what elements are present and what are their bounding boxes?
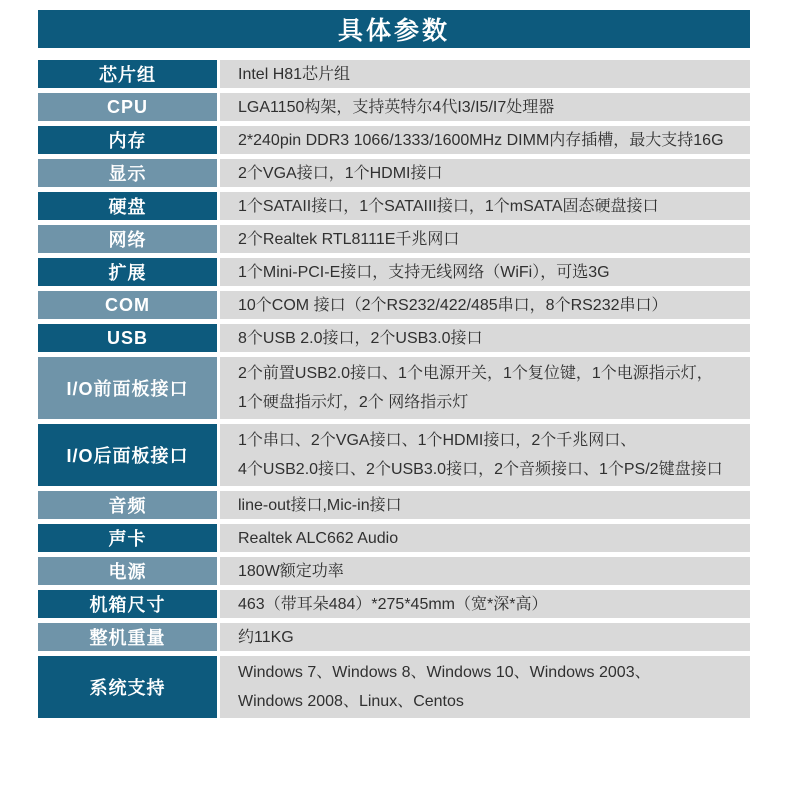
spec-row-label: 网络 (38, 225, 217, 253)
spec-value-line: 1个硬盘指示灯，2个 网络指示灯 (238, 388, 732, 417)
spec-row: 硬盘 1个SATAII接口，1个SATAIII接口，1个mSATA固态硬盘接口 (38, 192, 750, 220)
spec-row: 机箱尺寸 463（带耳朵484）*275*45mm（宽*深*高） (38, 590, 750, 618)
spec-table: 芯片组 Intel H81芯片组 CPU LGA1150构架，支持英特尔4代I3… (38, 60, 750, 723)
spec-value-line: Windows 2008、Linux、Centos (238, 687, 732, 716)
spec-row-label: 电源 (38, 557, 217, 585)
spec-row-value: 2个VGA接口，1个HDMI接口 (220, 159, 750, 187)
spec-row-value: 8个USB 2.0接口，2个USB3.0接口 (220, 324, 750, 352)
spec-row-label: 显示 (38, 159, 217, 187)
spec-value-line: Realtek ALC662 Audio (238, 524, 732, 552)
spec-row-value: 463（带耳朵484）*275*45mm（宽*深*高） (220, 590, 750, 618)
spec-value-line: 约11KG (238, 623, 732, 651)
spec-row: 音频 line-out接口,Mic-in接口 (38, 491, 750, 519)
spec-row-label: 整机重量 (38, 623, 217, 651)
spec-row-label: 内存 (38, 126, 217, 154)
spec-row-label: 硬盘 (38, 192, 217, 220)
spec-row-value: 2个Realtek RTL8111E千兆网口 (220, 225, 750, 253)
spec-row-value: 1个Mini-PCI-E接口，支持无线网络（WiFi），可选3G (220, 258, 750, 286)
spec-value-line: 463（带耳朵484）*275*45mm（宽*深*高） (238, 590, 732, 618)
spec-row-value: 2*240pin DDR3 1066/1333/1600MHz DIMM内存插槽… (220, 126, 750, 154)
spec-value-line: 2个Realtek RTL8111E千兆网口 (238, 225, 732, 253)
spec-row: I/O前面板接口 2个前置USB2.0接口、1个电源开关，1个复位键，1个电源指… (38, 357, 750, 419)
spec-value-line: 8个USB 2.0接口，2个USB3.0接口 (238, 324, 732, 352)
spec-value-line: 2个前置USB2.0接口、1个电源开关，1个复位键，1个电源指示灯， (238, 359, 732, 388)
spec-row: 芯片组 Intel H81芯片组 (38, 60, 750, 88)
spec-value-line: 10个COM 接口（2个RS232/422/485串口，8个RS232串口） (238, 291, 732, 319)
spec-row: 内存 2*240pin DDR3 1066/1333/1600MHz DIMM内… (38, 126, 750, 154)
spec-sheet-page: 具体参数 芯片组 Intel H81芯片组 CPU LGA1150构架，支持英特… (0, 0, 790, 789)
spec-row: 系统支持 Windows 7、Windows 8、Windows 10、Wind… (38, 656, 750, 718)
spec-row: 电源 180W额定功率 (38, 557, 750, 585)
spec-row-value: Realtek ALC662 Audio (220, 524, 750, 552)
spec-row: 网络 2个Realtek RTL8111E千兆网口 (38, 225, 750, 253)
spec-row-value: 10个COM 接口（2个RS232/422/485串口，8个RS232串口） (220, 291, 750, 319)
spec-value-line: 1个SATAII接口，1个SATAIII接口，1个mSATA固态硬盘接口 (238, 192, 732, 220)
spec-value-line: Intel H81芯片组 (238, 60, 732, 88)
spec-row-value: 180W额定功率 (220, 557, 750, 585)
spec-value-line: line-out接口,Mic-in接口 (238, 491, 732, 519)
spec-row-label: I/O前面板接口 (38, 357, 217, 419)
spec-row-value: Windows 7、Windows 8、Windows 10、Windows 2… (220, 656, 750, 718)
spec-row-value: Intel H81芯片组 (220, 60, 750, 88)
spec-row-label: 机箱尺寸 (38, 590, 217, 618)
spec-row-value: LGA1150构架，支持英特尔4代I3/I5/I7处理器 (220, 93, 750, 121)
spec-value-line: 4个USB2.0接口、2个USB3.0接口，2个音频接口、1个PS/2键盘接口 (238, 455, 732, 484)
spec-row-value: 约11KG (220, 623, 750, 651)
spec-value-line: 2个VGA接口，1个HDMI接口 (238, 159, 732, 187)
spec-row: 扩展 1个Mini-PCI-E接口，支持无线网络（WiFi），可选3G (38, 258, 750, 286)
spec-row: CPU LGA1150构架，支持英特尔4代I3/I5/I7处理器 (38, 93, 750, 121)
spec-value-line: 1个串口、2个VGA接口、1个HDMI接口，2个千兆网口、 (238, 426, 732, 455)
spec-row-label: 声卡 (38, 524, 217, 552)
spec-row-label: USB (38, 324, 217, 352)
spec-row-label: COM (38, 291, 217, 319)
spec-value-line: LGA1150构架，支持英特尔4代I3/I5/I7处理器 (238, 93, 732, 121)
page-title: 具体参数 (38, 10, 750, 48)
spec-value-line: Windows 7、Windows 8、Windows 10、Windows 2… (238, 658, 732, 687)
spec-row-label: 系统支持 (38, 656, 217, 718)
spec-row: USB 8个USB 2.0接口，2个USB3.0接口 (38, 324, 750, 352)
spec-row: 声卡 Realtek ALC662 Audio (38, 524, 750, 552)
spec-row: COM 10个COM 接口（2个RS232/422/485串口，8个RS232串… (38, 291, 750, 319)
spec-value-line: 2*240pin DDR3 1066/1333/1600MHz DIMM内存插槽… (238, 126, 732, 154)
spec-row: 整机重量 约11KG (38, 623, 750, 651)
spec-row-label: 扩展 (38, 258, 217, 286)
spec-row: 显示 2个VGA接口，1个HDMI接口 (38, 159, 750, 187)
spec-row: I/O后面板接口 1个串口、2个VGA接口、1个HDMI接口，2个千兆网口、4个… (38, 424, 750, 486)
spec-value-line: 180W额定功率 (238, 557, 732, 585)
spec-row-label: I/O后面板接口 (38, 424, 217, 486)
spec-row-value: line-out接口,Mic-in接口 (220, 491, 750, 519)
spec-value-line: 1个Mini-PCI-E接口，支持无线网络（WiFi），可选3G (238, 258, 732, 286)
spec-row-label: 芯片组 (38, 60, 217, 88)
spec-row-label: CPU (38, 93, 217, 121)
spec-row-value: 1个串口、2个VGA接口、1个HDMI接口，2个千兆网口、4个USB2.0接口、… (220, 424, 750, 486)
spec-row-value: 2个前置USB2.0接口、1个电源开关，1个复位键，1个电源指示灯，1个硬盘指示… (220, 357, 750, 419)
spec-row-value: 1个SATAII接口，1个SATAIII接口，1个mSATA固态硬盘接口 (220, 192, 750, 220)
spec-row-label: 音频 (38, 491, 217, 519)
